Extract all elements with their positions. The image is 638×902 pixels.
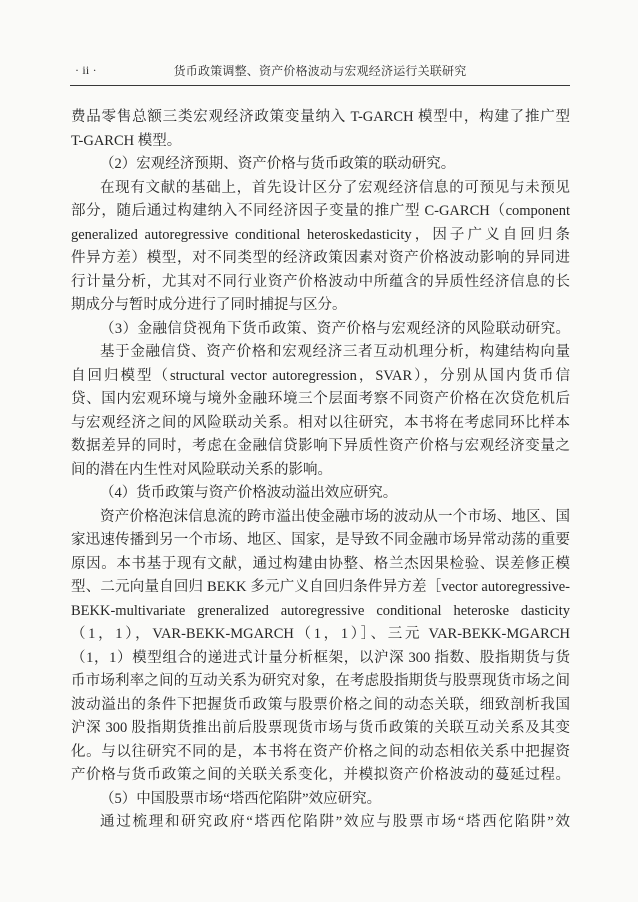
header-rule (70, 85, 570, 86)
text-line: T-GARCH 模型。 (71, 130, 570, 154)
text-line: 期成分与暂时成分进行了同时捕捉与区分。 (71, 294, 570, 318)
text-line: 间的潜在内生性对风险联动关系的影响。 (71, 459, 570, 483)
text-line: 行计量分析，尤其对不同行业资产价格波动中所蕴含的异质性经济信息的长 (71, 271, 570, 295)
text-line: （5）中国股票市场“塔西佗陷阱”效应研究。 (71, 788, 570, 812)
text-line: 化。与以往研究不同的是，本书将在资产价格之间的动态相依关系中把握资 (71, 741, 570, 765)
text-block: 费品零售总额三类宏观经济政策变量纳入 T-GARCH 模型中，构建了推广型T-G… (71, 106, 570, 835)
text-line: （1，1）模型组合的递进式计量分析框架，以沪深 300 指数、股指期货与货 (71, 647, 570, 671)
book-page: · ii · 货币政策调整、资产价格波动与宏观经济运行关联研究 费品零售总额三类… (0, 0, 638, 902)
text-line: 原因。本书基于现有文献，通过构建由协整、格兰杰因果检验、误差修正模 (71, 553, 570, 577)
text-line: 资产价格泡沫信息流的跨市溢出使金融市场的波动从一个市场、地区、国 (71, 506, 570, 530)
text-line: 部分，随后通过构建纳入不同经济因子变量的推广型 C-GARCH（componen… (71, 200, 570, 224)
text-line: 产价格与货币政策之间的关联关系变化，并模拟资产价格波动的蔓延过程。 (71, 764, 570, 788)
text-line: 在现有文献的基础上，首先设计区分了宏观经济信息的可预见与未预见 (71, 177, 570, 201)
running-head-title: 货币政策调整、资产价格波动与宏观经济运行关联研究 (70, 62, 570, 79)
running-head: · ii · 货币政策调整、资产价格波动与宏观经济运行关联研究 (70, 62, 570, 79)
text-line: 基于金融信贷、资产价格和宏观经济三者互动机理分析，构建结构向量 (71, 341, 570, 365)
text-line: 型、二元向量自回归 BEKK 多元广义自回归条件异方差［vector autor… (71, 576, 570, 600)
text-line: 费品零售总额三类宏观经济政策变量纳入 T-GARCH 模型中，构建了推广型 (71, 106, 570, 130)
page-number: · ii · (75, 63, 97, 78)
text-line: 波动溢出的条件下把握货币政策与股票价格之间的动态关联，细致剖析我国 (71, 694, 570, 718)
text-line: 与宏观经济之间的风险联动关系。相对以往研究，本书将在考虑同环比样本 (71, 412, 570, 436)
text-line: （4）货币政策与资产价格波动溢出效应研究。 (71, 482, 570, 506)
text-line: 币市场利率之间的互动关系为研究对象，在考虑股指期货与股票现货市场之间 (71, 670, 570, 694)
text-line: （2）宏观经济预期、资产价格与货币政策的联动研究。 (71, 153, 570, 177)
text-line: BEKK-multivariate greneralized autoregre… (71, 600, 570, 624)
text-line: generalized autoregressive conditional h… (71, 224, 570, 248)
text-line: （3）金融信贷视角下货币政策、资产价格与宏观经济的风险联动研究。 (71, 318, 570, 342)
text-line: 自回归模型（structural vector autoregression，S… (71, 365, 570, 389)
text-line: 贷、国内宏观环境与境外金融环境三个层面考察不同资产价格在次贷危机后 (71, 388, 570, 412)
text-line: 数据差异的同时，考虑在金融信贷影响下异质性资产价格与宏观经济变量之 (71, 435, 570, 459)
text-line: 家迅速传播到另一个市场、地区、国家，是导致不同金融市场异常动荡的重要 (71, 529, 570, 553)
text-line: （1，1），VAR-BEKK-MGARCH（1，1）］、三元 VAR-BEKK-… (71, 623, 570, 647)
text-line: 通过梳理和研究政府“塔西佗陷阱”效应与股票市场“塔西佗陷阱”效 (71, 811, 570, 835)
text-line: 件异方差）模型，对不同类型的经济政策因素对资产价格波动影响的异同进 (71, 247, 570, 271)
text-line: 沪深 300 股指期货推出前后股票现货市场与货币政策的关联互动关系及其变 (71, 717, 570, 741)
